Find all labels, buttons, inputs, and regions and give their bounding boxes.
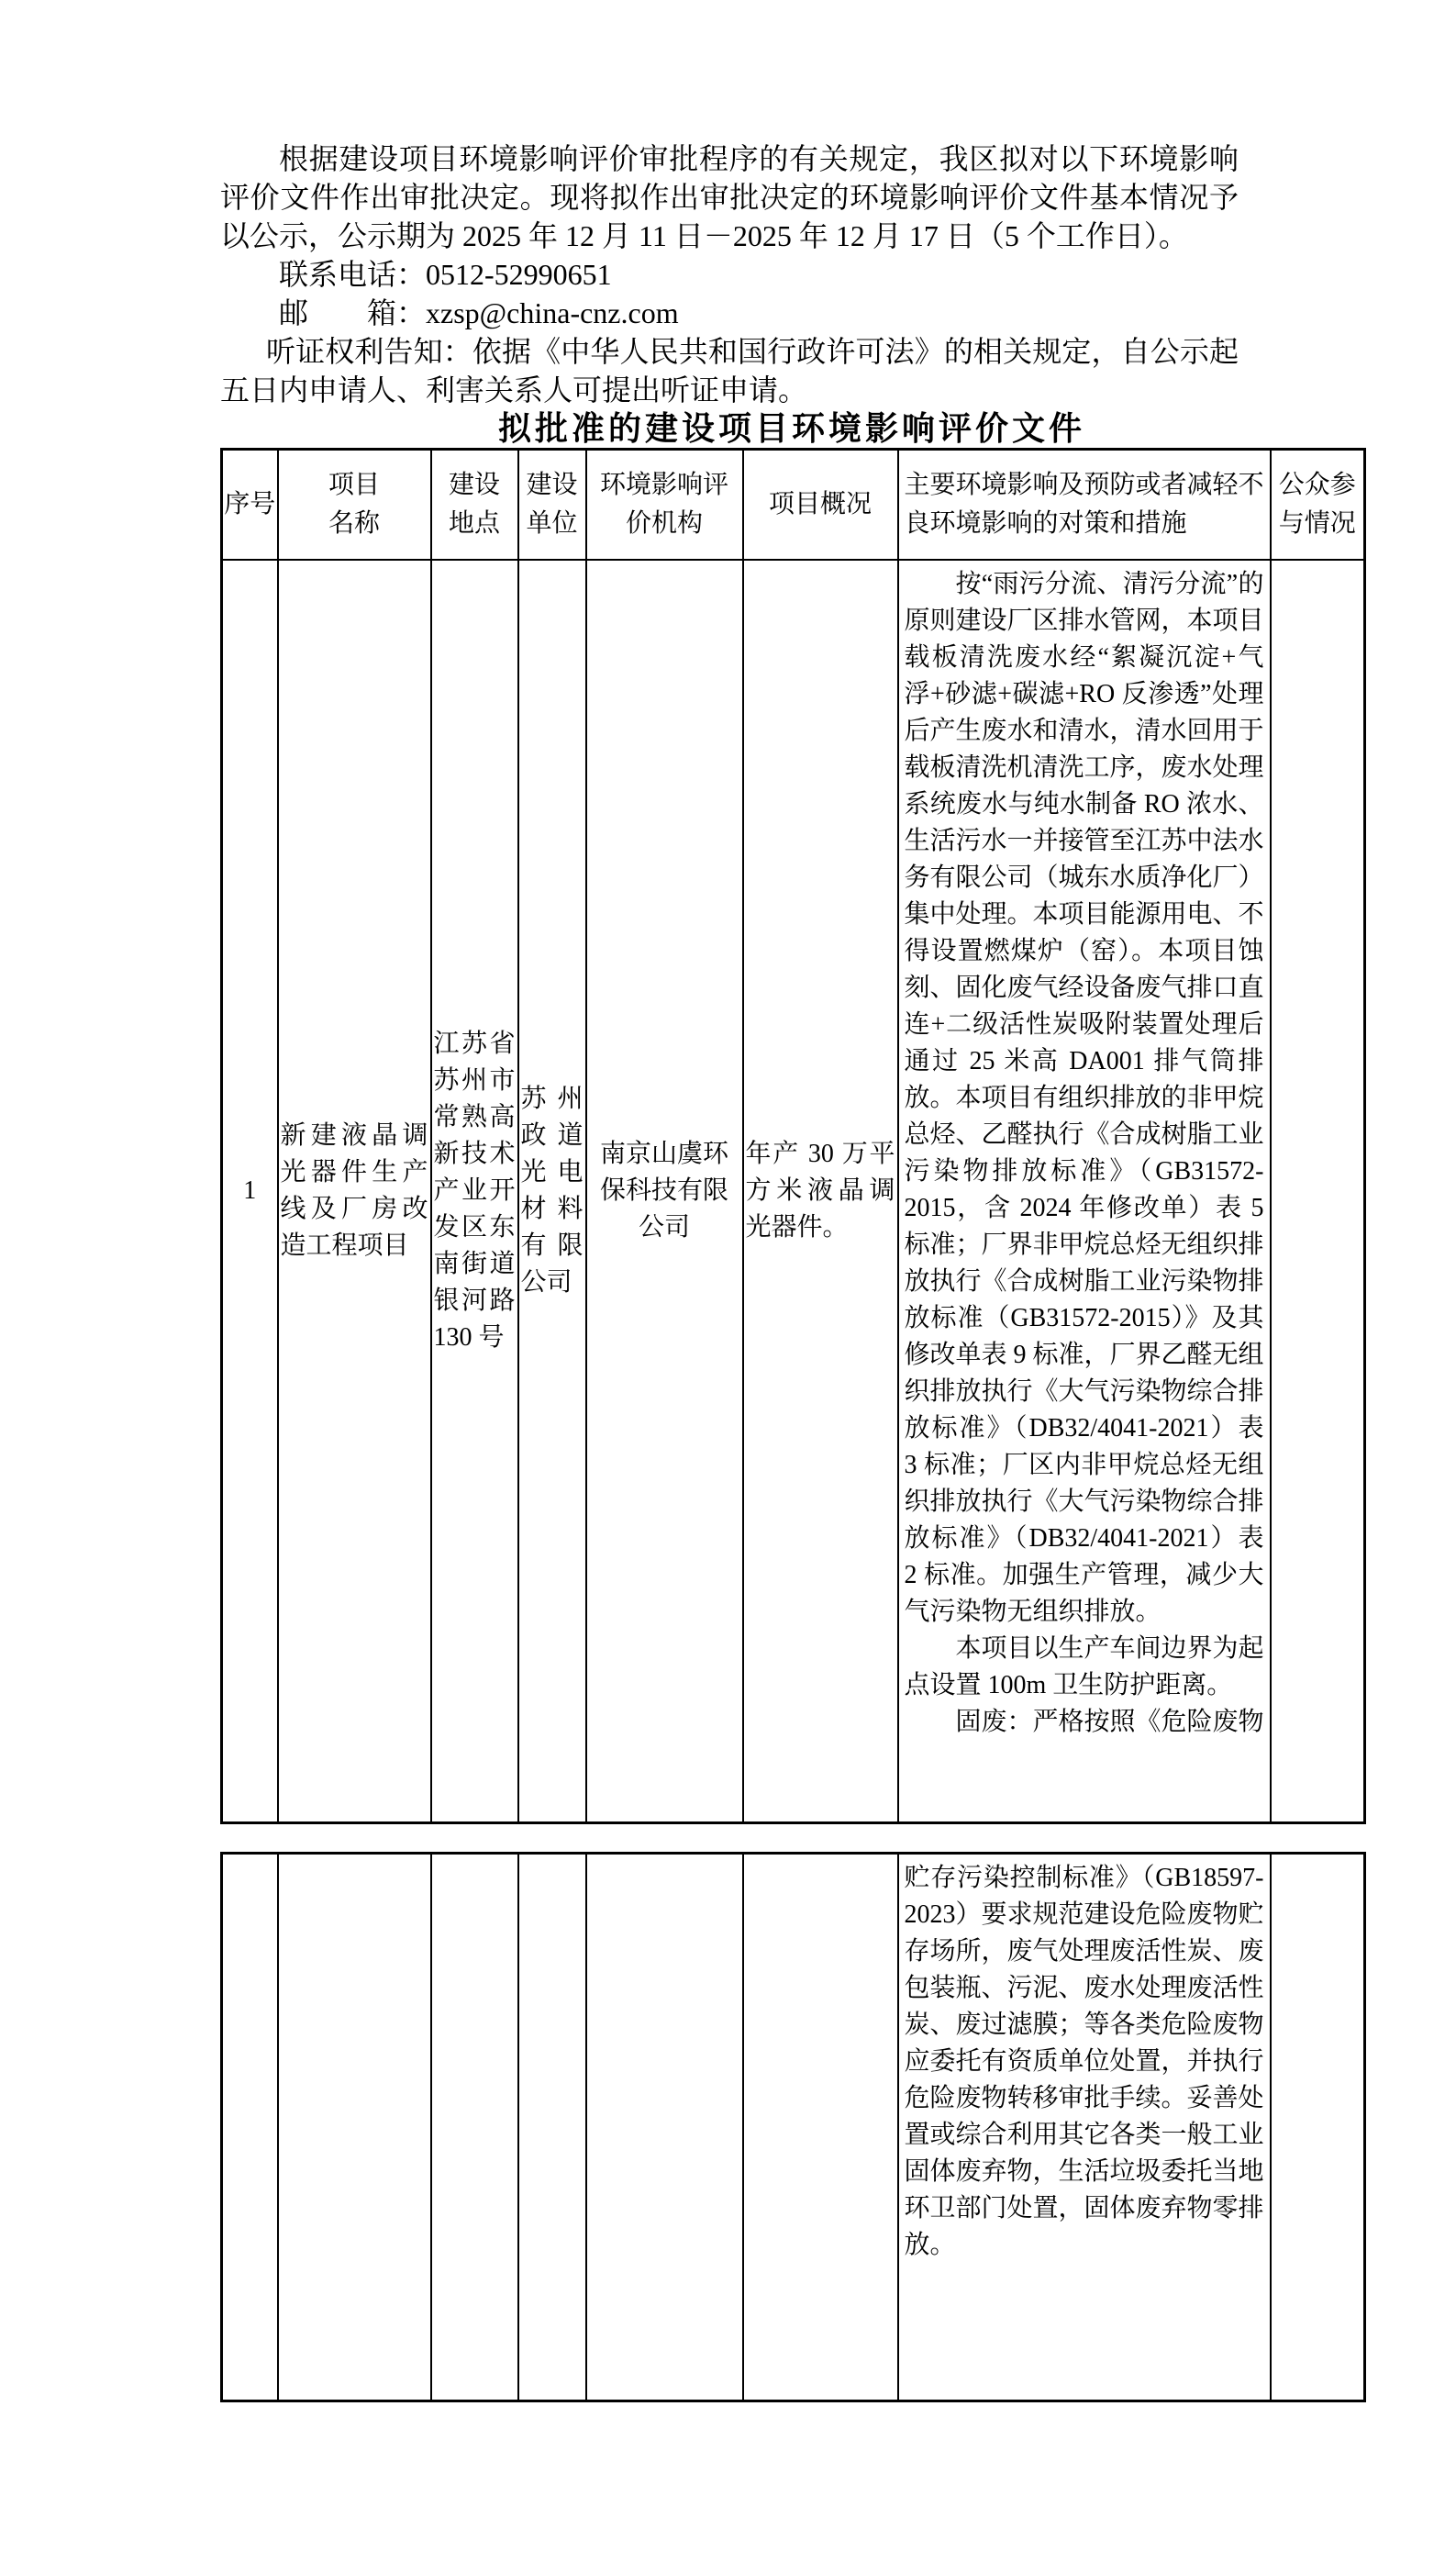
cell-overview: 年产 30 万平方米液晶调光器件。 xyxy=(743,560,898,1823)
contact-email-label: 邮 箱： xyxy=(279,296,426,329)
contact-phone-line: 联系电话：0512-52990651 xyxy=(220,255,1239,294)
contact-email-line: 邮 箱：xzsp@china-cnz.com xyxy=(220,294,1239,332)
hearing-notice: 听证权利告知：依据《中华人民共和国行政许可法》的相关规定，自公示起五日内申请人、… xyxy=(220,332,1239,409)
header-seq: 序号 xyxy=(222,450,278,560)
cell-seq: 1 xyxy=(222,560,278,1823)
cell-public-participation-cont xyxy=(1271,1854,1365,2401)
measures-continuation-paragraph: 贮存污染控制标准》（GB18597-2023）要求规范建设危险废物贮存场所，废气… xyxy=(905,1860,1264,2264)
eia-approval-table-continuation: 贮存污染控制标准》（GB18597-2023）要求规范建设危险废物贮存场所，废气… xyxy=(220,1852,1366,2402)
contact-email-value: xzsp@china-cnz.com xyxy=(426,296,679,329)
table-header-row: 序号 项目 名称 建设 地点 建设 单位 环境影响评 价机构 项目概况 主要环境… xyxy=(222,450,1365,560)
contact-phone-label: 联系电话： xyxy=(279,258,426,291)
header-measures: 主要环境影响及预防或者减轻不 良环境影响的对策和措施 xyxy=(898,450,1271,560)
cell-location-cont xyxy=(431,1854,518,2401)
measures-paragraph-2: 本项目以生产车间边界为起点设置 100m 卫生防护距离。 xyxy=(905,1631,1264,1704)
document-page: 根据建设项目环境影响评价审批程序的有关规定，我区拟对以下环境影响评价文件作出审批… xyxy=(0,0,1456,2551)
measures-paragraph-1: 按“雨污分流、清污分流”的原则建设厂区排水管网，本项目载板清洗废水经“絮凝沉淀+… xyxy=(905,566,1264,1631)
cell-measures: 按“雨污分流、清污分流”的原则建设厂区排水管网，本项目载板清洗废水经“絮凝沉淀+… xyxy=(898,560,1271,1823)
contact-phone-value: 0512-52990651 xyxy=(426,258,612,291)
cell-builder-cont xyxy=(518,1854,586,2401)
header-location: 建设 地点 xyxy=(431,450,518,560)
document-content: 根据建设项目环境影响评价审批程序的有关规定，我区拟对以下环境影响评价文件作出审批… xyxy=(220,139,1363,2402)
eia-approval-table: 序号 项目 名称 建设 地点 建设 单位 环境影响评 价机构 项目概况 主要环境… xyxy=(220,448,1366,1824)
measures-paragraph-3: 固废：严格按照《危险废物 xyxy=(905,1704,1264,1741)
header-public-participation: 公众参 与情况 xyxy=(1271,450,1365,560)
table-row-continuation: 贮存污染控制标准》（GB18597-2023）要求规范建设危险废物贮存场所，废气… xyxy=(222,1854,1365,2401)
cell-project-name: 新建液晶调光器件生产线及厂房改造工程项目 xyxy=(278,560,431,1823)
cell-seq-cont xyxy=(222,1854,278,2401)
page-break-gap xyxy=(220,1824,1363,1852)
cell-eia-agency: 南京山虞环保科技有限公司 xyxy=(586,560,743,1823)
intro-paragraph: 根据建设项目环境影响评价审批程序的有关规定，我区拟对以下环境影响评价文件作出审批… xyxy=(220,139,1239,255)
cell-overview-cont xyxy=(743,1854,898,2401)
table-row: 1 新建液晶调光器件生产线及厂房改造工程项目 江苏省苏州市常熟高新技术产业开发区… xyxy=(222,560,1365,1823)
cell-measures-cont: 贮存污染控制标准》（GB18597-2023）要求规范建设危险废物贮存场所，废气… xyxy=(898,1854,1271,2401)
table-title: 拟批准的建设项目环境影响评价文件 xyxy=(220,409,1363,448)
header-project-name: 项目 名称 xyxy=(278,450,431,560)
header-builder: 建设 单位 xyxy=(518,450,586,560)
cell-public-participation xyxy=(1271,560,1365,1823)
cell-eia-agency-cont xyxy=(586,1854,743,2401)
cell-project-name-cont xyxy=(278,1854,431,2401)
cell-builder: 苏州政道光电材料有限公司 xyxy=(518,560,586,1823)
header-overview: 项目概况 xyxy=(743,450,898,560)
cell-location: 江苏省苏州市常熟高新技术产业开发区东南街道银河路 130 号 xyxy=(431,560,518,1823)
header-eia-agency: 环境影响评 价机构 xyxy=(586,450,743,560)
